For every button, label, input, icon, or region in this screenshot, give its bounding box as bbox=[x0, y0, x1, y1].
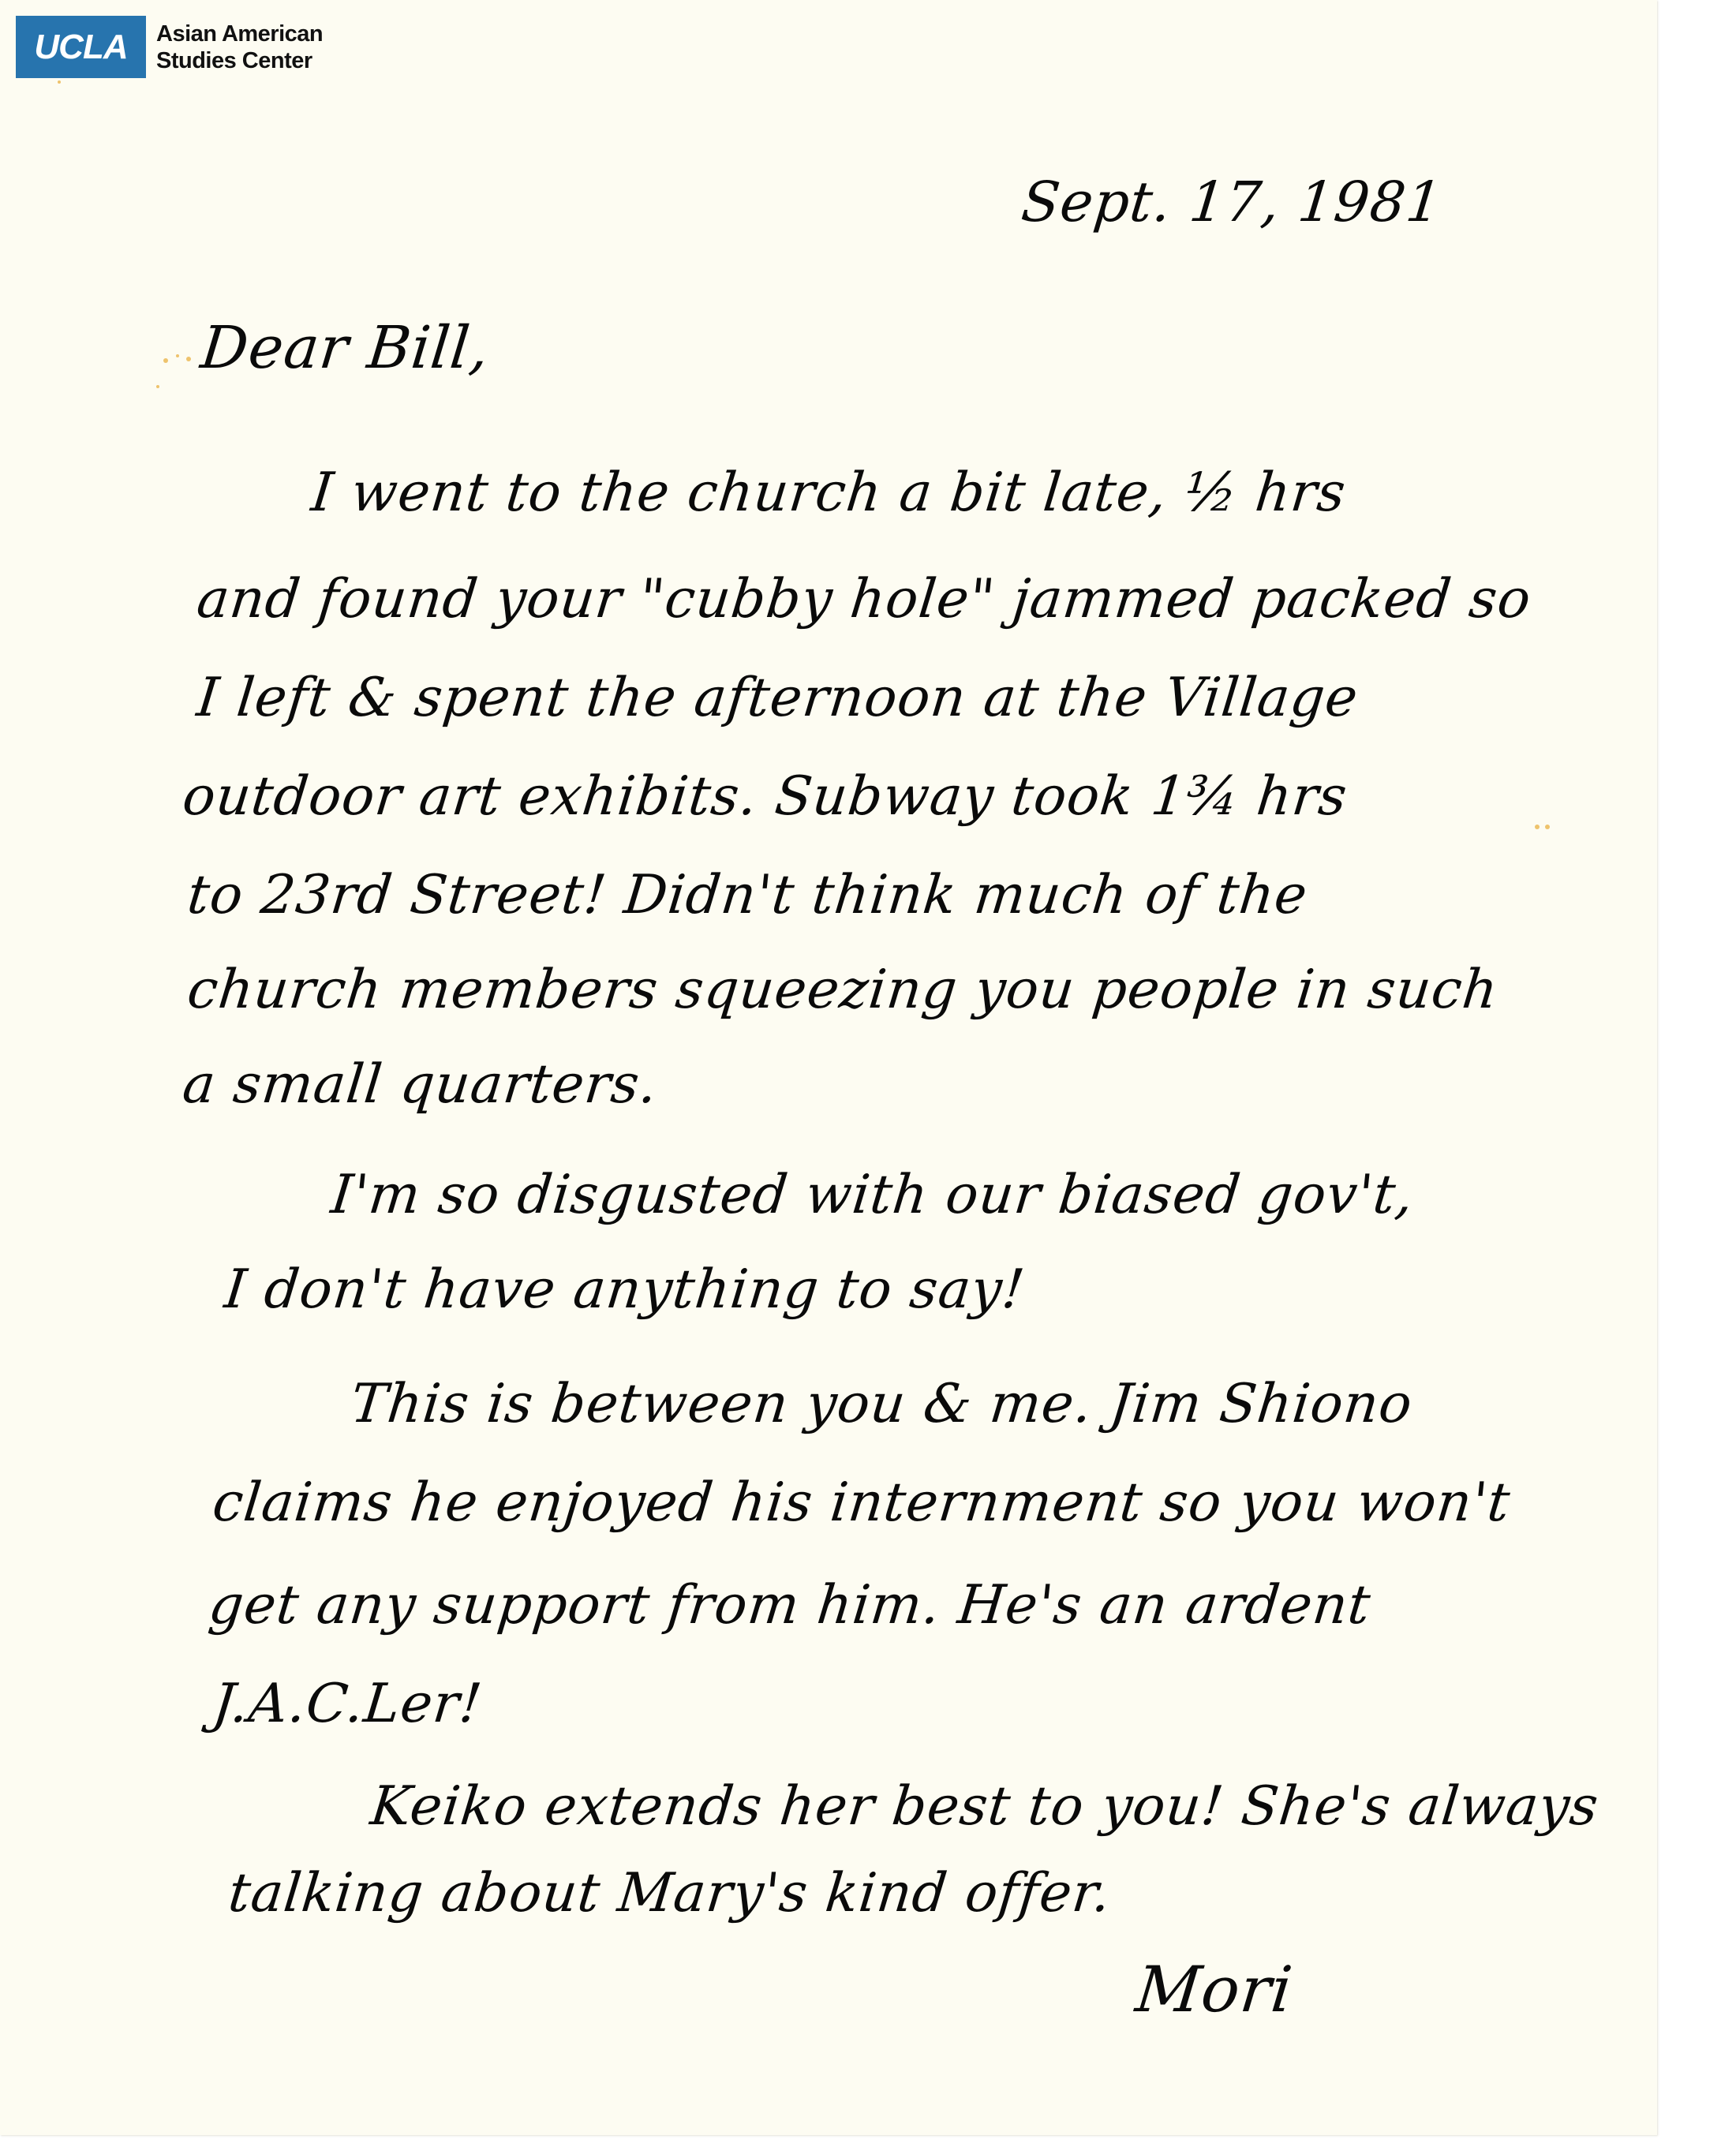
letter-line: This is between you & me. Jim Shiono bbox=[348, 1373, 1416, 1435]
letter-line: I went to the church a bit late, ½ hrs bbox=[309, 462, 1349, 524]
letter-line: claims he enjoyed his internment so you … bbox=[210, 1472, 1513, 1534]
center-name-line1: Asian American bbox=[156, 21, 323, 47]
ucla-logo-mark: UCLA bbox=[16, 16, 146, 78]
letter-line: I don't have anything to say! bbox=[222, 1258, 1028, 1321]
center-name-line2: Studies Center bbox=[156, 47, 323, 74]
letter-line: to 23rd Street! Didn't think much of the bbox=[185, 864, 1311, 926]
stain-mark bbox=[176, 354, 179, 357]
letter-signature: Mori bbox=[1132, 1953, 1296, 2026]
letter-page: UCLA Asian American Studies Center Sept.… bbox=[0, 0, 1657, 2135]
letter-line: I'm so disgusted with our biased gov't, bbox=[328, 1164, 1417, 1226]
stain-mark bbox=[156, 385, 159, 388]
ucla-aasc-logo: UCLA Asian American Studies Center bbox=[16, 16, 323, 78]
letter-date: Sept. 17, 1981 bbox=[1019, 170, 1446, 234]
stain-mark bbox=[186, 357, 191, 361]
letter-line: get any support from him. He's an ardent bbox=[206, 1574, 1374, 1636]
stain-mark bbox=[1545, 825, 1550, 829]
letter-line: J.A.C.Ler! bbox=[210, 1673, 485, 1735]
letter-salutation: Dear Bill, bbox=[197, 314, 492, 382]
letter-line: Keiko extends her best to you! She's alw… bbox=[368, 1775, 1602, 1838]
letter-line: I left & spent the afternoon at the Vill… bbox=[194, 667, 1361, 729]
stain-mark bbox=[163, 358, 168, 363]
center-name: Asian American Studies Center bbox=[156, 21, 323, 74]
stain-mark bbox=[1535, 825, 1540, 829]
letter-line: church members squeezing you people in s… bbox=[185, 959, 1502, 1021]
stain-mark bbox=[58, 80, 61, 84]
letter-line: a small quarters. bbox=[180, 1053, 660, 1116]
letter-line: talking about Mary's kind offer. bbox=[226, 1862, 1114, 1924]
letter-line: and found your "cubby hole" jammed packe… bbox=[194, 568, 1534, 630]
letter-line: outdoor art exhibits. Subway took 1¾ hrs bbox=[180, 765, 1350, 828]
